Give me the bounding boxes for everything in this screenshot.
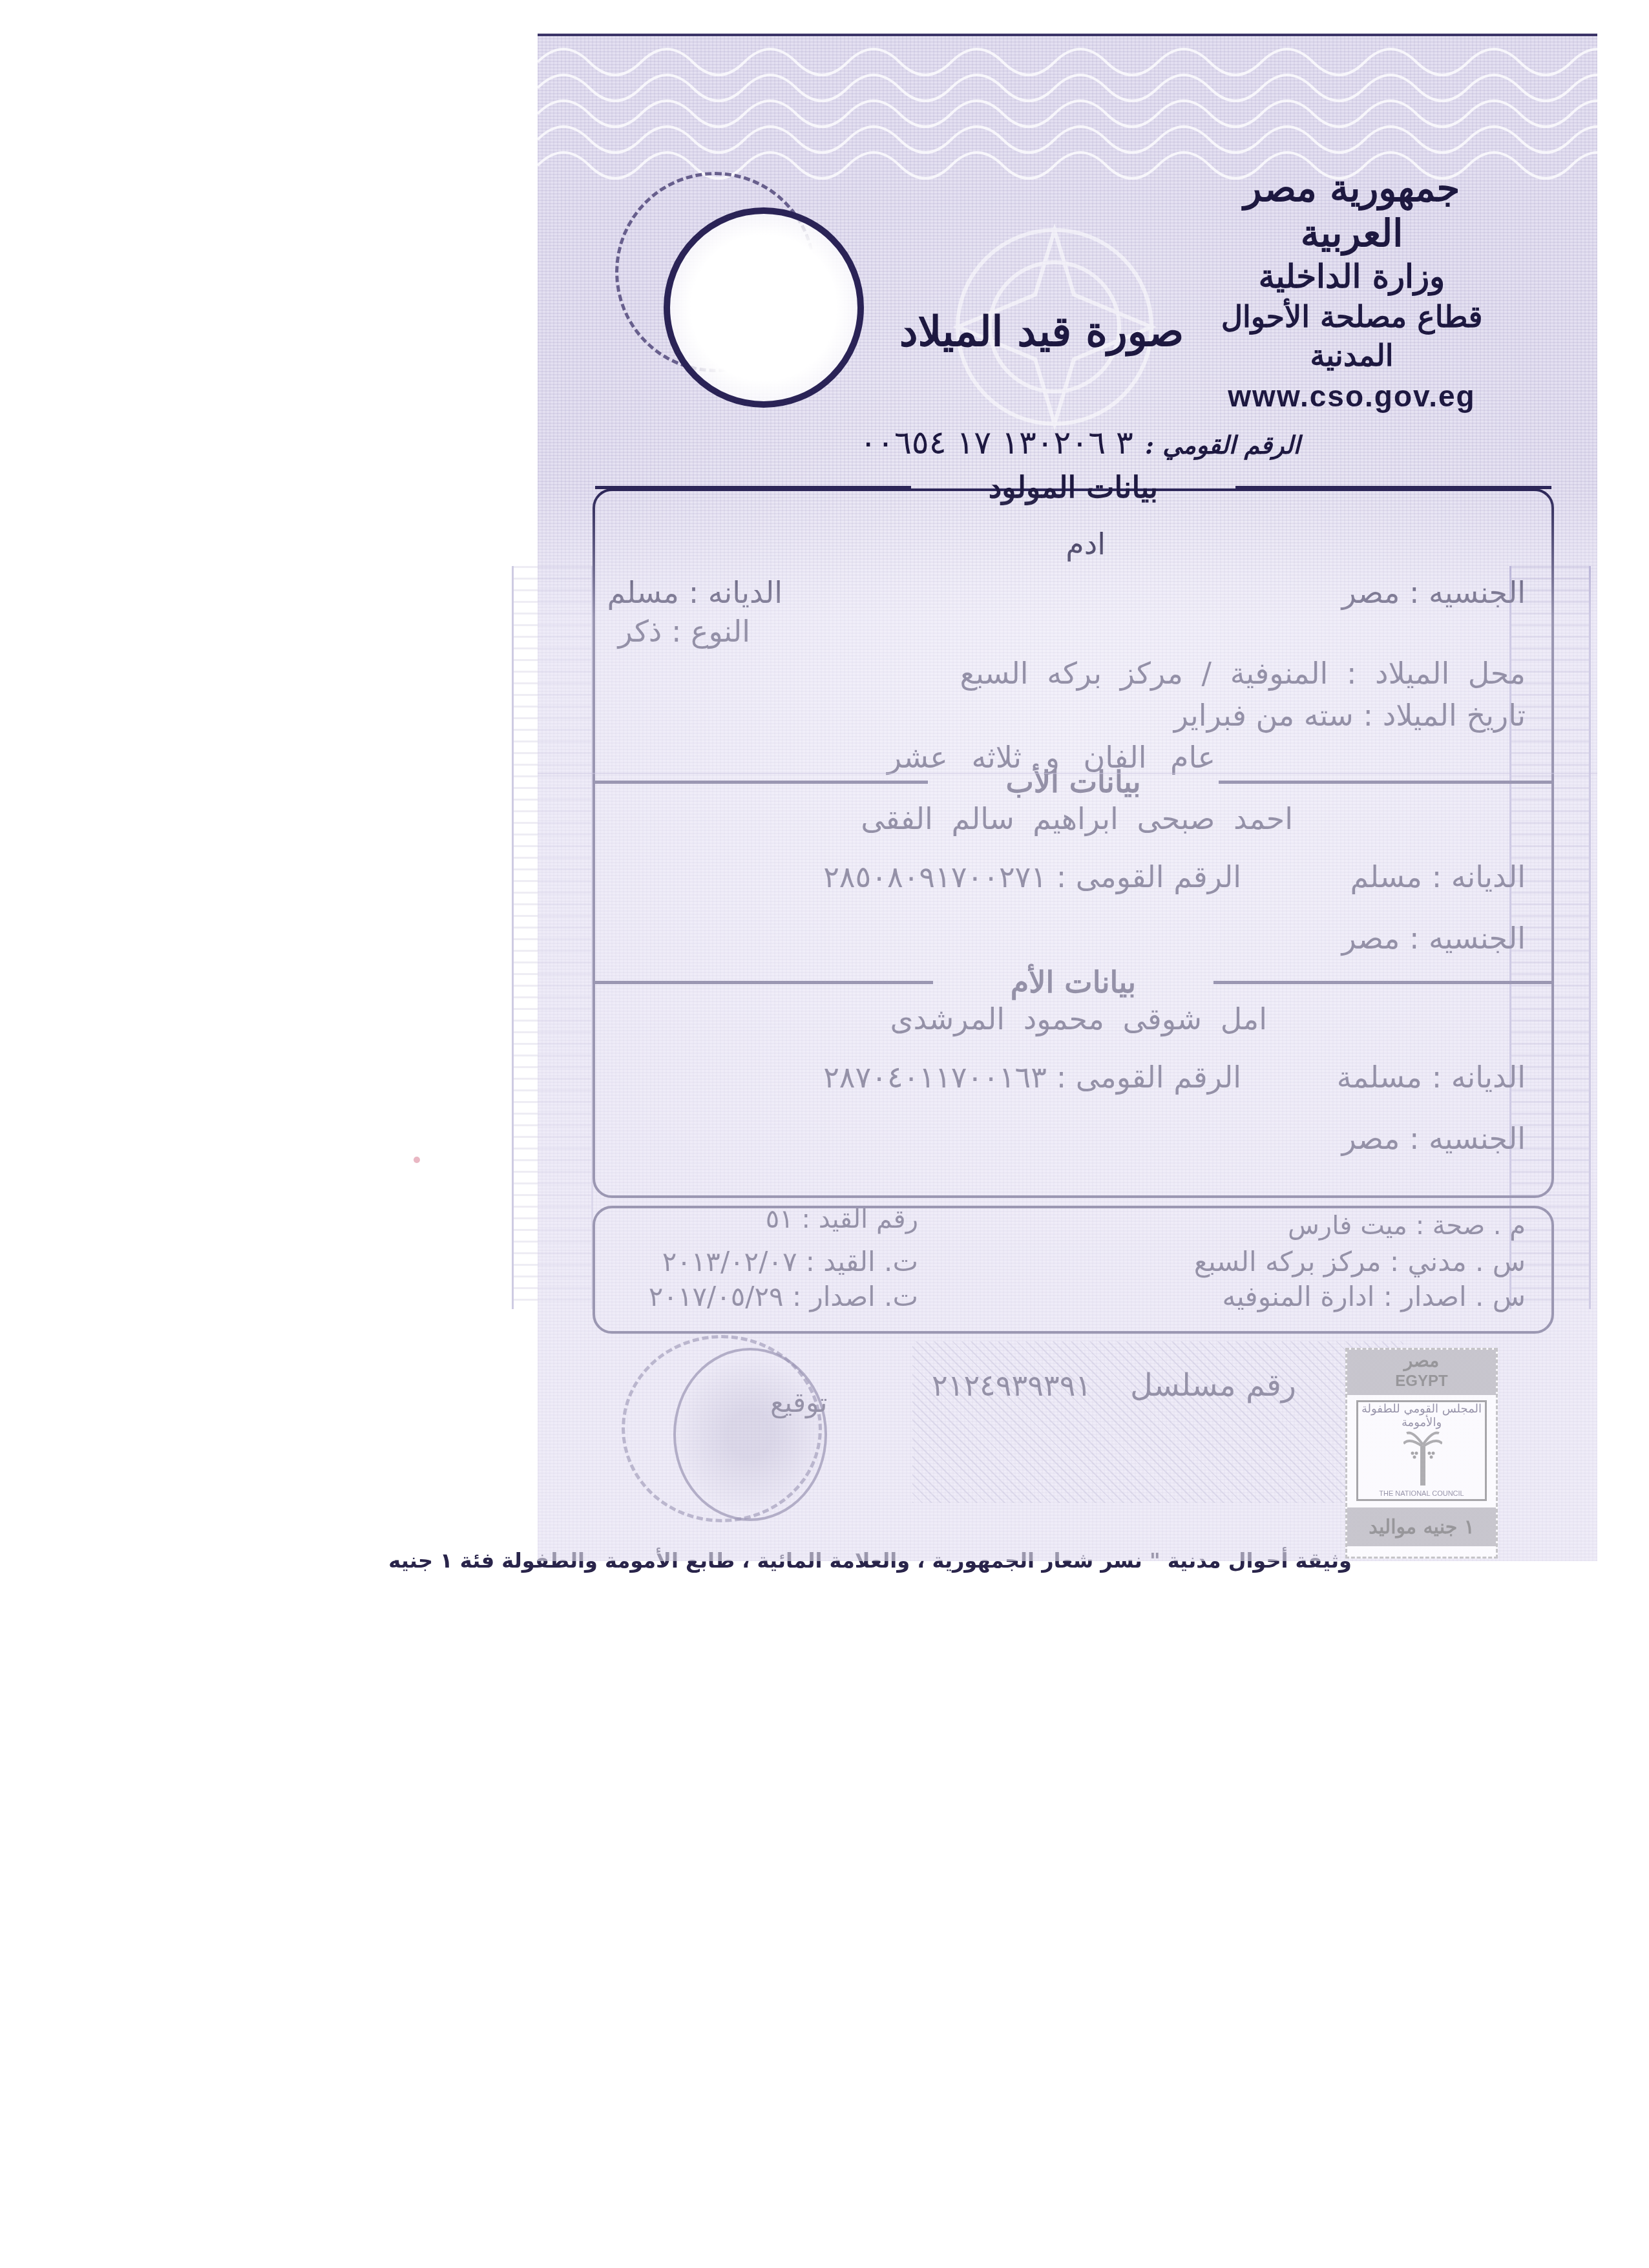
- newborn-birthplace: محل الميلاد المنوفية / مركز بركه السبع: [960, 656, 1526, 691]
- revenue-stamp-header: مصر EGYPT: [1347, 1350, 1496, 1395]
- footer-security-note: وثيقة أحوال مدنية " نسر شعار الجمهورية ،…: [615, 1548, 1352, 1573]
- health-office: م . صحة ميت فارس: [1288, 1211, 1526, 1241]
- father-section-title: بيانات الأب: [928, 764, 1218, 799]
- birth-certificate: جمهورية مصر العربية وزارة الداخلية قطاع …: [538, 34, 1597, 1561]
- civil-registry: س . مدني مركز بركه السبع: [1194, 1246, 1526, 1277]
- newborn-section-title: بيانات المولود: [911, 470, 1235, 505]
- newborn-religion: الديانه مسلم: [607, 575, 782, 610]
- father-national-id: الرقم القومى ٢٨٥٠٨٠٩١٧٠٠٢٧١: [823, 859, 1241, 894]
- website-url: www.cso.gov.eg: [1203, 379, 1500, 414]
- republic-name: جمهورية مصر العربية: [1203, 165, 1500, 256]
- national-number: الرقم القومي : ٣ ١٣٠٢٠٦ ١٧ ٠٠٦٥٤: [809, 424, 1300, 461]
- mother-name: امل شوقى محمود المرشدى: [890, 1002, 1267, 1036]
- mother-national-id: الرقم القومى ٢٨٧٠٤٠١١٧٠٠١٦٣: [823, 1060, 1241, 1095]
- revenue-stamp-frame: المجلس القومي للطفولة والأمومة THE NATIO…: [1356, 1400, 1487, 1501]
- mother-section-title: بيانات الأم: [933, 965, 1213, 1000]
- national-number-label: الرقم القومي :: [1145, 430, 1300, 459]
- newborn-section-header: بيانات المولود: [595, 468, 1551, 507]
- revenue-stamp-value: ١ جنيه مواليد: [1347, 1507, 1496, 1546]
- official-seal-eagle-icon: [664, 207, 864, 408]
- issue-date: ت. اصدار ٢٠١٧/٠٥/٢٩: [649, 1281, 918, 1312]
- personal-data-box: بيانات المولود ادم الجنسيه مصر الديانه م…: [593, 488, 1554, 1198]
- palm-tree-icon: [1403, 1424, 1442, 1489]
- revenue-stamp: مصر EGYPT المجلس القومي للطفولة والأمومة…: [1345, 1348, 1498, 1559]
- newborn-birthdate: تاريخ الميلاد سته من فبراير: [1174, 698, 1526, 733]
- issuing-office: س . اصدار ادارة المنوفيه: [1222, 1281, 1526, 1312]
- serial-number-label: رقم مسلسل: [1130, 1367, 1296, 1403]
- signature-label: توقيع: [770, 1387, 828, 1418]
- registration-details-box: م . صحة ميت فارس رقم القيد ٥١ س . مدني م…: [593, 1206, 1554, 1334]
- mother-section-header: بيانات الأم: [595, 963, 1551, 1002]
- mother-religion: الديانه مسلمة: [1337, 1060, 1526, 1095]
- newborn-gender: النوع ذكر: [618, 614, 750, 649]
- father-section-header: بيانات الأب: [595, 762, 1551, 801]
- fold-crease: [538, 773, 1597, 774]
- document-title: صورة قيد الميلاد: [887, 308, 1197, 356]
- security-maze-pattern: [912, 1341, 1403, 1503]
- sector-name: قطاع مصلحة الأحوال المدنية: [1203, 297, 1500, 375]
- registry-date: ت. القيد ٢٠١٣/٠٢/٠٧: [662, 1246, 918, 1277]
- national-number-value: ٣ ١٣٠٢٠٦ ١٧ ٠٠٦٥٤: [859, 424, 1133, 461]
- decorative-border-left: [512, 566, 593, 1309]
- father-religion: الديانه مسلم: [1350, 859, 1526, 894]
- serial-number-value: ٢١٢٤٩٣٩٣٩١: [932, 1368, 1091, 1403]
- father-name: احمد صبحى ابراهيم سالم الفقى: [861, 801, 1293, 836]
- newborn-name: ادم: [1066, 527, 1106, 562]
- signature-seal-eagle-icon: [673, 1348, 827, 1521]
- father-nationality: الجنسيه مصر: [1341, 921, 1526, 956]
- issuing-authority-header: جمهورية مصر العربية وزارة الداخلية قطاع …: [1203, 165, 1500, 414]
- newborn-nationality: الجنسيه مصر: [1341, 575, 1526, 610]
- serial-number: رقم مسلسل ٢١٢٤٩٣٩٣٩١: [932, 1367, 1296, 1403]
- stray-mark: [414, 1157, 420, 1163]
- mother-nationality: الجنسيه مصر: [1341, 1121, 1526, 1156]
- ministry-name: وزارة الداخلية: [1203, 256, 1500, 297]
- registry-number: رقم القيد ٥١: [766, 1204, 918, 1234]
